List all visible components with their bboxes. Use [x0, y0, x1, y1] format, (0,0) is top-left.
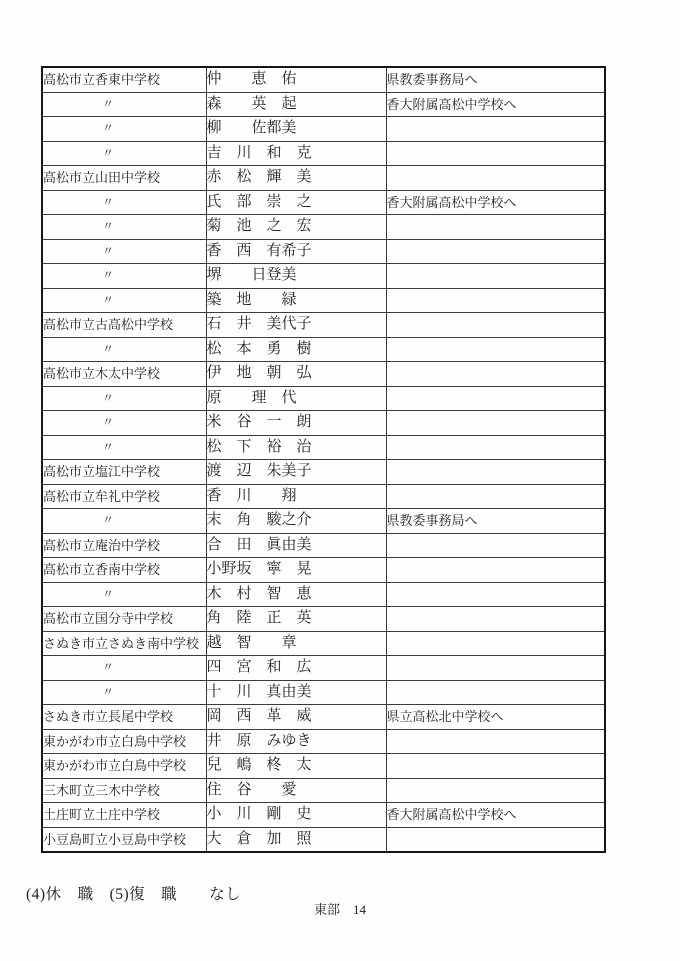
school-cell: 〃: [42, 337, 206, 362]
school-cell: 〃: [42, 435, 206, 460]
name-cell: 米 谷 一 朗: [206, 411, 386, 436]
name-cell: 原 理 代: [206, 386, 386, 411]
name-cell: 合 田 眞由美: [206, 533, 386, 558]
name-cell: 松 本 勇 樹: [206, 337, 386, 362]
name-cell: 住 谷 愛: [206, 778, 386, 803]
table-row: 高松市立庵治中学校 合 田 眞由美: [42, 533, 605, 558]
table-row: 高松市立古高松中学校 石 井 美代子: [42, 313, 605, 338]
name-cell: 大 倉 加 照: [206, 827, 386, 852]
table-row: 土庄町立土庄中学校 小 川 剛 史 香大附属高松中学校へ: [42, 803, 605, 828]
destination-cell: 県教委事務局へ: [386, 509, 605, 534]
name-cell: 伊 地 朝 弘: [206, 362, 386, 387]
destination-cell: [386, 166, 605, 191]
table-row: 〃 末 角 駿之介 県教委事務局へ: [42, 509, 605, 534]
table-row: 〃 松 下 裕 治: [42, 435, 605, 460]
table-row: 三木町立三木中学校 住 谷 愛: [42, 778, 605, 803]
name-cell: 吉 川 和 克: [206, 141, 386, 166]
name-cell: 柳 佐都美: [206, 117, 386, 142]
table-row: 〃 氏 部 崇 之 香大附属高松中学校へ: [42, 190, 605, 215]
name-cell: 香 川 翔: [206, 484, 386, 509]
school-cell: さぬき市立長尾中学校: [42, 705, 206, 730]
table-row: 高松市立木太中学校 伊 地 朝 弘: [42, 362, 605, 387]
school-cell: 東かがわ市立白鳥中学校: [42, 729, 206, 754]
destination-cell: [386, 411, 605, 436]
school-cell: 高松市立塩江中学校: [42, 460, 206, 485]
destination-cell: [386, 386, 605, 411]
school-cell: 高松市立木太中学校: [42, 362, 206, 387]
destination-cell: [386, 288, 605, 313]
table-row: 東かがわ市立白鳥中学校 井 原 みゆき: [42, 729, 605, 754]
page-number-footer: 東部 14: [0, 899, 680, 918]
destination-cell: [386, 484, 605, 509]
destination-cell: 県教委事務局へ: [386, 67, 605, 92]
table-row: 〃 四 宮 和 広: [42, 656, 605, 681]
table-row: 高松市立国分寺中学校 角 陸 正 英: [42, 607, 605, 632]
destination-cell: [386, 460, 605, 485]
school-cell: 東かがわ市立白鳥中学校: [42, 754, 206, 779]
school-cell: 高松市立山田中学校: [42, 166, 206, 191]
destination-cell: 香大附属高松中学校へ: [386, 190, 605, 215]
school-cell: 〃: [42, 92, 206, 117]
destination-cell: [386, 778, 605, 803]
destination-cell: 香大附属高松中学校へ: [386, 803, 605, 828]
name-cell: 十 川 真由美: [206, 680, 386, 705]
name-cell: 森 英 起: [206, 92, 386, 117]
destination-cell: [386, 680, 605, 705]
destination-cell: [386, 729, 605, 754]
table-row: 〃 原 理 代: [42, 386, 605, 411]
name-cell: 石 井 美代子: [206, 313, 386, 338]
destination-cell: [386, 141, 605, 166]
table-row: 〃 菊 池 之 宏: [42, 215, 605, 240]
table-row: 〃 吉 川 和 克: [42, 141, 605, 166]
school-cell: 高松市立香南中学校: [42, 558, 206, 583]
school-cell: 〃: [42, 582, 206, 607]
table-row: 〃 柳 佐都美: [42, 117, 605, 142]
destination-cell: [386, 435, 605, 460]
school-cell: 〃: [42, 264, 206, 289]
school-cell: 小豆島町立小豆島中学校: [42, 827, 206, 852]
name-cell: 井 原 みゆき: [206, 729, 386, 754]
name-cell: 角 陸 正 英: [206, 607, 386, 632]
school-cell: 高松市立古高松中学校: [42, 313, 206, 338]
destination-cell: [386, 313, 605, 338]
school-cell: 〃: [42, 190, 206, 215]
destination-cell: [386, 558, 605, 583]
school-cell: 高松市立庵治中学校: [42, 533, 206, 558]
destination-cell: [386, 117, 605, 142]
destination-cell: [386, 533, 605, 558]
document-page: 高松市立香東中学校 仲 恵 佑 県教委事務局へ 〃 森 英 起 香大附属高松中学…: [0, 0, 680, 961]
destination-cell: [386, 582, 605, 607]
name-cell: 四 宮 和 広: [206, 656, 386, 681]
school-cell: 三木町立三木中学校: [42, 778, 206, 803]
destination-cell: [386, 264, 605, 289]
school-cell: 〃: [42, 215, 206, 240]
name-cell: 末 角 駿之介: [206, 509, 386, 534]
table-row: 高松市立牟礼中学校 香 川 翔: [42, 484, 605, 509]
destination-cell: [386, 754, 605, 779]
name-cell: 堺 日登美: [206, 264, 386, 289]
destination-cell: [386, 215, 605, 240]
destination-cell: [386, 827, 605, 852]
name-cell: 築 地 緑: [206, 288, 386, 313]
table-row: 〃 松 本 勇 樹: [42, 337, 605, 362]
school-cell: 〃: [42, 656, 206, 681]
school-cell: 高松市立国分寺中学校: [42, 607, 206, 632]
table-row: 〃 十 川 真由美: [42, 680, 605, 705]
destination-cell: [386, 607, 605, 632]
name-cell: 仲 恵 佑: [206, 67, 386, 92]
destination-cell: [386, 631, 605, 656]
table-row: 高松市立塩江中学校 渡 辺 朱美子: [42, 460, 605, 485]
school-cell: 〃: [42, 680, 206, 705]
name-cell: 渡 辺 朱美子: [206, 460, 386, 485]
school-cell: 〃: [42, 288, 206, 313]
school-cell: 高松市立牟礼中学校: [42, 484, 206, 509]
school-cell: 高松市立香東中学校: [42, 67, 206, 92]
transfer-roster-table: 高松市立香東中学校 仲 恵 佑 県教委事務局へ 〃 森 英 起 香大附属高松中学…: [41, 66, 606, 853]
table-row: 小豆島町立小豆島中学校 大 倉 加 照: [42, 827, 605, 852]
name-cell: 木 村 智 恵: [206, 582, 386, 607]
school-cell: さぬき市立さぬき南中学校: [42, 631, 206, 656]
roster-table-body: 高松市立香東中学校 仲 恵 佑 県教委事務局へ 〃 森 英 起 香大附属高松中学…: [42, 67, 605, 852]
table-row: 高松市立山田中学校 赤 松 輝 美: [42, 166, 605, 191]
destination-cell: [386, 362, 605, 387]
name-cell: 赤 松 輝 美: [206, 166, 386, 191]
destination-cell: [386, 337, 605, 362]
name-cell: 小野坂 寧 晃: [206, 558, 386, 583]
table-row: 〃 築 地 緑: [42, 288, 605, 313]
name-cell: 香 西 有希子: [206, 239, 386, 264]
destination-cell: [386, 656, 605, 681]
school-cell: 〃: [42, 117, 206, 142]
table-row: 高松市立香東中学校 仲 恵 佑 県教委事務局へ: [42, 67, 605, 92]
school-cell: 〃: [42, 509, 206, 534]
destination-cell: [386, 239, 605, 264]
table-row: 〃 木 村 智 恵: [42, 582, 605, 607]
school-cell: 土庄町立土庄中学校: [42, 803, 206, 828]
destination-cell: 県立高松北中学校へ: [386, 705, 605, 730]
name-cell: 氏 部 崇 之: [206, 190, 386, 215]
name-cell: 菊 池 之 宏: [206, 215, 386, 240]
name-cell: 松 下 裕 治: [206, 435, 386, 460]
name-cell: 小 川 剛 史: [206, 803, 386, 828]
destination-cell: 香大附属高松中学校へ: [386, 92, 605, 117]
name-cell: 岡 西 革 威: [206, 705, 386, 730]
table-row: 〃 堺 日登美: [42, 264, 605, 289]
table-row: さぬき市立長尾中学校 岡 西 革 威 県立高松北中学校へ: [42, 705, 605, 730]
table-row: 〃 米 谷 一 朗: [42, 411, 605, 436]
name-cell: 越 智 章: [206, 631, 386, 656]
school-cell: 〃: [42, 239, 206, 264]
school-cell: 〃: [42, 386, 206, 411]
table-row: 〃 香 西 有希子: [42, 239, 605, 264]
name-cell: 兒 嶋 柊 太: [206, 754, 386, 779]
table-row: 東かがわ市立白鳥中学校 兒 嶋 柊 太: [42, 754, 605, 779]
table-row: 高松市立香南中学校 小野坂 寧 晃: [42, 558, 605, 583]
table-row: 〃 森 英 起 香大附属高松中学校へ: [42, 92, 605, 117]
school-cell: 〃: [42, 141, 206, 166]
school-cell: 〃: [42, 411, 206, 436]
table-row: さぬき市立さぬき南中学校 越 智 章: [42, 631, 605, 656]
